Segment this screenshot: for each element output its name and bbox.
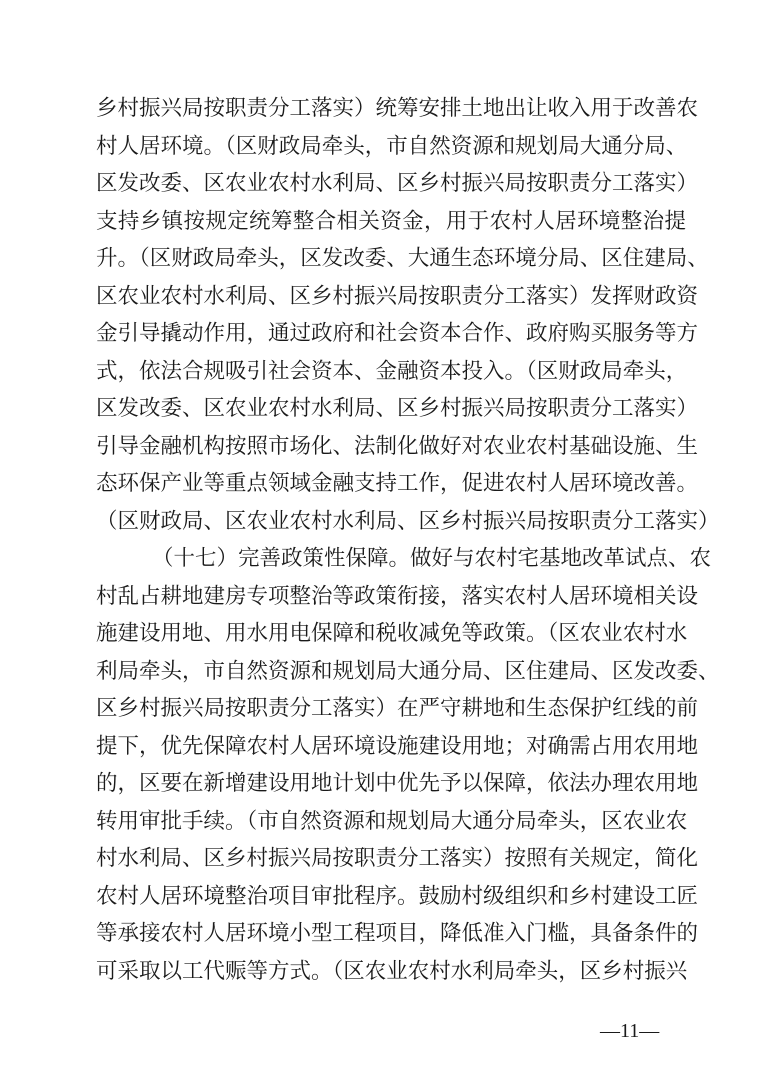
text-line: 的，区要在新增建设用地计划中优先予以保障，依法办理农用地 <box>96 765 686 803</box>
text-line: 引导金融机构按照市场化、法制化做好对农业农村基础设施、生 <box>96 428 686 466</box>
text-line: 转用审批手续。（市自然资源和规划局大通分局牵头，区农业农 <box>96 803 686 841</box>
text-line: 区发改委、区农业农村水利局、区乡村振兴局按职责分工落实） <box>96 165 686 203</box>
text-line: 提下，优先保障农村人居环境设施建设用地；对确需占用农用地 <box>96 728 686 766</box>
text-line: 施建设用地、用水用电保障和税收减免等政策。（区农业农村水 <box>96 615 686 653</box>
text-line: 式，依法合规吸引社会资本、金融资本投入。（区财政局牵头， <box>96 353 686 391</box>
text-line: 村水利局、区乡村振兴局按职责分工落实）按照有关规定，简化 <box>96 840 686 878</box>
text-line: 区乡村振兴局按职责分工落实）在严守耕地和生态保护红线的前 <box>96 690 686 728</box>
text-line: 乡村振兴局按职责分工落实）统筹安排土地出让收入用于改善农 <box>96 90 686 128</box>
text-line: （区财政局、区农业农村水利局、区乡村振兴局按职责分工落实） <box>96 503 686 541</box>
text-line: 区农业农村水利局、区乡村振兴局按职责分工落实）发挥财政资 <box>96 278 686 316</box>
text-line: 区发改委、区农业农村水利局、区乡村振兴局按职责分工落实） <box>96 390 686 428</box>
text-line: 可采取以工代赈等方式。（区农业农村水利局牵头，区乡村振兴 <box>96 953 686 991</box>
text-line: 村人居环境。（区财政局牵头，市自然资源和规划局大通分局、 <box>96 128 686 166</box>
text-line: 利局牵头，市自然资源和规划局大通分局、区住建局、区发改委、 <box>96 653 686 691</box>
text-line: 态环保产业等重点领域金融支持工作，促进农村人居环境改善。 <box>96 465 686 503</box>
body-text: 乡村振兴局按职责分工落实）统筹安排土地出让收入用于改善农 村人居环境。（区财政局… <box>96 90 686 990</box>
document-page: 乡村振兴局按职责分工落实）统筹安排土地出让收入用于改善农 村人居环境。（区财政局… <box>0 0 770 1091</box>
page-number: —11— <box>600 1017 659 1045</box>
text-line: 农村人居环境整治项目审批程序。鼓励村级组织和乡村建设工匠 <box>96 878 686 916</box>
text-line: 等承接农村人居环境小型工程项目，降低准入门槛，具备条件的 <box>96 915 686 953</box>
text-line: 升。（区财政局牵头，区发改委、大通生态环境分局、区住建局、 <box>96 240 686 278</box>
text-line: 金引导撬动作用，通过政府和社会资本合作、政府购买服务等方 <box>96 315 686 353</box>
section-heading-line: （十七）完善政策性保障。做好与农村宅基地改革试点、农 <box>96 540 686 578</box>
text-line: 村乱占耕地建房专项整治等政策衔接，落实农村人居环境相关设 <box>96 578 686 616</box>
text-line: 支持乡镇按规定统筹整合相关资金，用于农村人居环境整治提 <box>96 203 686 241</box>
